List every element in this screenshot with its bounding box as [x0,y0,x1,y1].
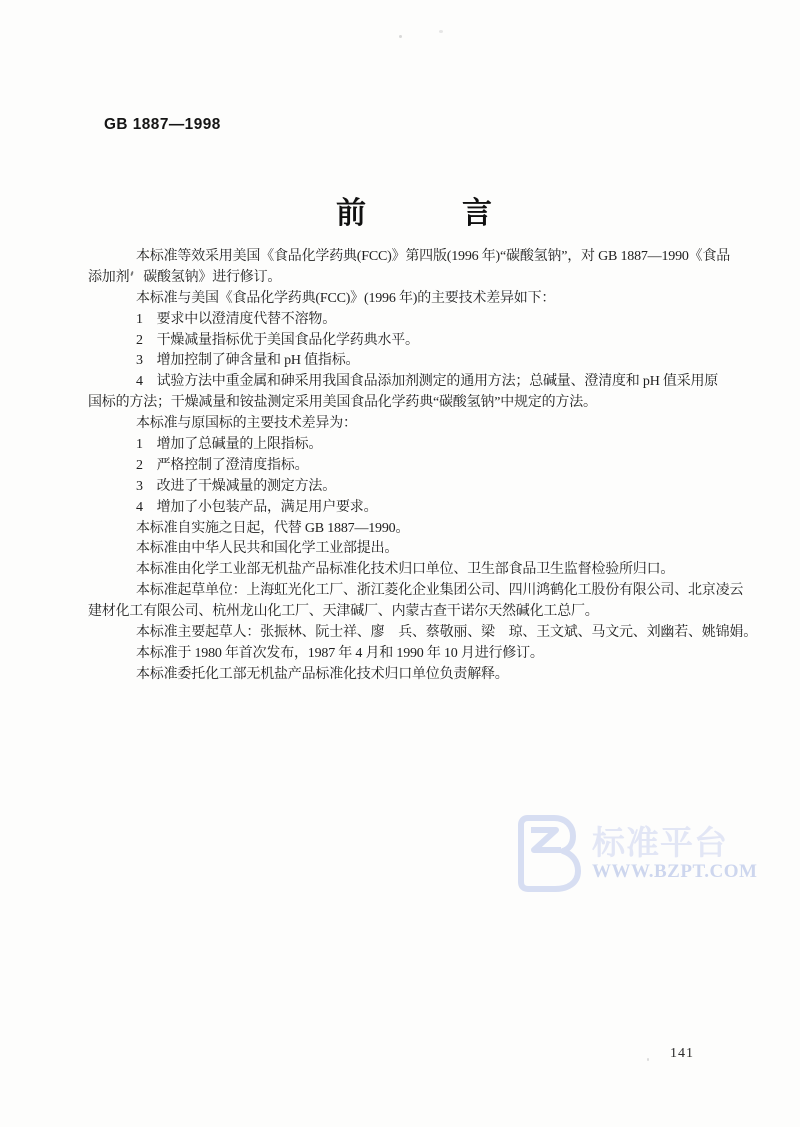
watermark-brand: 标准平台 [592,817,728,864]
text-line: 本标准起草单位：上海虹光化工厂、浙江菱化企业集团公司、四川鸿鹤化工股份有限公司、… [88,581,748,602]
text-line: 2 干燥减量指标优于美国食品化学药典水平。 [88,331,748,352]
page-title: 前 言 [336,188,492,232]
scan-speckle [399,35,402,38]
text-line: 3 增加控制了砷含量和 pH 值指标。 [88,351,748,372]
text-line: 1 增加了总碱量的上限指标。 [88,435,748,456]
text-line: 本标准主要起草人：张振林、阮士祥、廖 兵、蔡敬丽、梁 琼、王文斌、马文元、刘幽若… [88,623,748,644]
text-line: 本标准于 1980 年首次发布，1987 年 4 月和 1990 年 10 月进… [88,644,748,665]
title-char-2: 言 [462,188,492,232]
scan-speckle [439,30,443,33]
text-line: 4 增加了小包装产品，满足用户要求。 [88,498,748,519]
text-line: 本标准等效采用美国《食品化学药典(FCC)》第四版(1996 年)“碳酸氢钠”，… [88,247,748,268]
title-char-1: 前 [336,188,366,232]
text-line: 建材化工有限公司、杭州龙山化工厂、天津碱厂、内蒙古查干诺尔天然碱化工总厂。 [88,602,748,623]
text-line: 本标准由中华人民共和国化学工业部提出。 [88,539,748,560]
text-line: 本标准由化学工业部无机盐产品标准化技术归口单位、卫生部食品卫生监督检验所归口。 [88,560,748,581]
text-line: 添加剂 碳酸氢钠》进行修订。 [88,268,748,289]
zb-logo-icon [514,813,586,893]
page-number: 141 [670,1046,694,1062]
standard-code: GB 1887—1998 [104,116,221,134]
text-line: 本标准自实施之日起，代替 GB 1887—1990。 [88,519,748,540]
text-line: 本标准与美国《食品化学药典(FCC)》(1996 年)的主要技术差异如下： [88,289,748,310]
foreword-text: 本标准等效采用美国《食品化学药典(FCC)》第四版(1996 年)“碳酸氢钠”，… [88,247,748,686]
text-line: 4 试验方法中重金属和砷采用我国食品添加剂测定的通用方法；总碱量、澄清度和 pH… [88,372,748,393]
text-line: 1 要求中以澄清度代替不溶物。 [88,310,748,331]
watermark: 标准平台 WWW.BZPT.COM [514,811,734,895]
scan-speckle [647,1058,649,1061]
text-line: 2 严格控制了澄清度指标。 [88,456,748,477]
watermark-url: WWW.BZPT.COM [592,861,757,883]
document-page: GB 1887—1998 前 言 本标准等效采用美国《食品化学药典(FCC)》第… [0,0,800,1127]
text-line: 国标的方法；干燥减量和铵盐测定采用美国食品化学药典“碳酸氢钠”中规定的方法。 [88,393,748,414]
text-line: 3 改进了干燥减量的测定方法。 [88,477,748,498]
text-line: 本标准委托化工部无机盐产品标准化技术归口单位负责解释。 [88,665,748,686]
text-line: 本标准与原国标的主要技术差异为： [88,414,748,435]
